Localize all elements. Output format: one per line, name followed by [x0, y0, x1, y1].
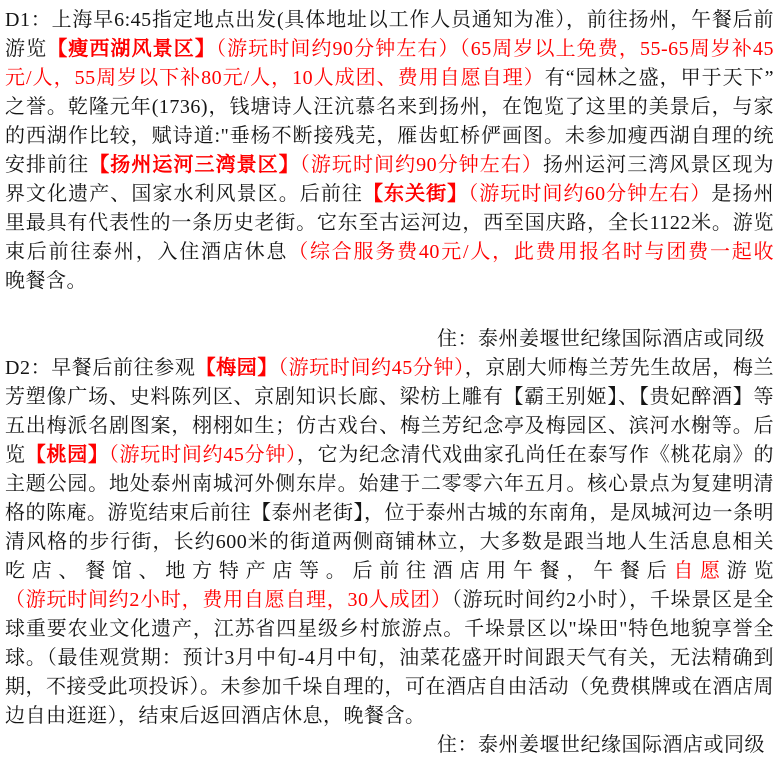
body-text: 主题公园。地处泰州南城河外侧东岸。始建于二零零六年五月。核心景点为复建明清风	[5, 473, 774, 499]
body-text: ，它为纪念清代戏曲家孔尚任在泰写作《桃花扇》的	[297, 444, 774, 466]
fee-note-text: （游玩时间约45分钟）	[278, 357, 465, 379]
body-text: 球重要农业文化遗产，江苏省四星级乡村旅游点。千垛景区以"垛田"特色地貌享誉全	[5, 618, 774, 640]
d2-line-5: 主题公园。地处泰州南城河外侧东岸。始建于二零零六年五月。核心景点为复建明清风	[5, 470, 774, 499]
d2-hotel-line: 住：泰州姜堰世纪缘国际酒店或同级	[5, 731, 774, 760]
d1-hotel-line: 住：泰州姜堰世纪缘国际酒店或同级	[5, 325, 774, 354]
attraction-title: 【东关街】	[363, 183, 468, 205]
body-text: 束后前往泰州，入住酒店休息	[5, 241, 288, 263]
body-text: 游览	[5, 38, 47, 60]
d1-line-3: 元/人，55周岁以下补80元/人，10人成团、费用自愿自理）有“园林之盛，甲于天…	[5, 64, 774, 93]
d2-line-12: 期，不接受此项投诉）。未参加千垛自理的，可在酒店自由活动（免费棋牌或在酒店周	[5, 673, 774, 702]
body-text: 边自由逛逛），结束后返回酒店休息，晚餐含。	[5, 705, 426, 727]
d1-line-5: 的西湖作比较，赋诗道:"垂杨不断接残芜，雁齿虹桥俨画图。未参加瘦西湖自理的统一	[5, 122, 774, 151]
body-text: 芳塑像广场、史料陈列区、京剧知识长廊、梁枋上雕有【霸王别姬】、【贵妃醉酒】等	[5, 386, 774, 408]
body-text: ，京剧大师梅兰芳先生故居，梅兰	[465, 357, 774, 379]
attraction-title: 【瘦西湖风景区】	[47, 38, 216, 60]
body-text: 球。（最佳观赏期：预计3月中旬-4月中旬，油菜花盛开时间跟天气有关，无法精确到日	[5, 647, 774, 673]
fee-note-text: （游玩时间约2小时，费用自愿自理，30人成团）	[5, 589, 452, 611]
fee-note-text: （游玩时间约90分钟左右）	[300, 154, 543, 176]
attraction-title: 【梅园】	[196, 357, 279, 379]
d2-line-4: 览【桃园】（游玩时间约45分钟），它为纪念清代戏曲家孔尚任在泰写作《桃花扇》的	[5, 441, 774, 470]
d2-line-6: 格的陈庵。游览结束后前往【泰州老街】，位于泰州古城的东南角，是凤城河边一条明	[5, 499, 774, 528]
blank-line	[5, 296, 774, 325]
body-text: 五出梅派名剧图案，栩栩如生；仿古戏台、梅兰芳纪念亭及梅园区、滨河水榭等。后游	[5, 415, 774, 441]
d2-line-3: 五出梅派名剧图案，栩栩如生；仿古戏台、梅兰芳纪念亭及梅园区、滨河水榭等。后游	[5, 412, 774, 441]
body-text: 住：泰州姜堰世纪缘国际酒店或同级	[437, 734, 765, 756]
d1-line-1: D1：上海早6:45指定地点出发(具体地址以工作人员通知为准），前往扬州，午餐后…	[5, 6, 774, 35]
d1-line-7: 界文化遗产、国家水利风景区。后前往【东关街】（游玩时间约60分钟左右）是扬州城	[5, 180, 774, 209]
d1-line-6: 安排前往【扬州运河三湾景区】（游玩时间约90分钟左右）扬州运河三湾风景区现为世	[5, 151, 774, 180]
d1-line-10: 晚餐含。	[5, 267, 774, 296]
body-text: 期，不接受此项投诉）。未参加千垛自理的，可在酒店自由活动（免费棋牌或在酒店周	[5, 676, 774, 698]
body-text: （游玩时间约2小时），千垛景区是全	[452, 589, 774, 611]
body-text: 住：泰州姜堰世纪缘国际酒店或同级	[437, 328, 765, 350]
attraction-title: 【扬州运河三湾景区】	[89, 154, 300, 176]
d2-line-1: D2：早餐后前往参观【梅园】（游玩时间约45分钟），京剧大师梅兰芳先生故居，梅兰	[5, 354, 774, 383]
d1-line-9: 束后前往泰州，入住酒店休息（综合服务费40元/人，此费用报名时与团费一起收取）。	[5, 238, 774, 267]
itinerary-body: D1：上海早6:45指定地点出发(具体地址以工作人员通知为准），前往扬州，午餐后…	[5, 6, 774, 760]
body-text: 安排前往	[5, 154, 89, 176]
d1-line-8: 里最具有代表性的一条历史老街。它东至古运河边，西至国庆路，全长1122米。游览结	[5, 209, 774, 238]
body-text: 里最具有代表性的一条历史老街。它东至古运河边，西至国庆路，全长1122米。游览结	[5, 212, 774, 238]
d2-line-7: 清风格的步行街，长约600米的街道两侧商铺林立，大多数是跟当地人生活息息相关的小	[5, 528, 774, 557]
d1-line-4: 之誉。乾隆元年(1736)，钱塘诗人汪沆慕名来到扬州，在饱览了这里的美景后，与家…	[5, 93, 774, 122]
body-text: 晚餐含。	[5, 270, 87, 292]
attraction-title: 【桃园】	[26, 444, 109, 466]
d2-line-10: 球重要农业文化遗产，江苏省四星级乡村旅游点。千垛景区以"垛田"特色地貌享誉全	[5, 615, 774, 644]
body-text: 览	[5, 444, 26, 466]
fee-note-text: 自愿	[673, 560, 726, 582]
body-text: 界文化遗产、国家水利风景区。后前往	[5, 183, 363, 205]
body-text: 之誉。乾隆元年(1736)，钱塘诗人汪沆慕名来到扬州，在饱览了这里的美景后，与家…	[5, 96, 774, 122]
fee-note-text: （游玩时间约90分钟左右）（65周岁以上免费，55-65周岁补45	[216, 38, 774, 60]
body-text: 有“园林之盛，甲于天下”	[545, 67, 774, 89]
d2-line-9: （游玩时间约2小时，费用自愿自理，30人成团）（游玩时间约2小时），千垛景区是全	[5, 586, 774, 615]
body-text: D2：早餐后前往参观	[5, 357, 196, 379]
body-text: 游览	[727, 560, 774, 582]
body-text: 清风格的步行街，长约600米的街道两侧商铺林立，大多数是跟当地人生活息息相关的小	[5, 531, 774, 557]
d2-line-13: 边自由逛逛），结束后返回酒店休息，晚餐含。	[5, 702, 774, 731]
fee-note-text: 元/人，55周岁以下补80元/人，10人成团、费用自愿自理）	[5, 67, 545, 89]
d1-line-2: 游览【瘦西湖风景区】（游玩时间约90分钟左右）（65周岁以上免费，55-65周岁…	[5, 35, 774, 64]
itinerary-document: D1：上海早6:45指定地点出发(具体地址以工作人员通知为准），前往扬州，午餐后…	[0, 0, 780, 761]
body-text: 吃店、餐馆、地方特产店等。后前往酒店用午餐，午餐后	[5, 560, 673, 582]
d2-line-2: 芳塑像广场、史料陈列区、京剧知识长廊、梁枋上雕有【霸王别姬】、【贵妃醉酒】等	[5, 383, 774, 412]
d2-line-11: 球。（最佳观赏期：预计3月中旬-4月中旬，油菜花盛开时间跟天气有关，无法精确到日	[5, 644, 774, 673]
d2-line-8: 吃店、餐馆、地方特产店等。后前往酒店用午餐，午餐后自愿游览【兴化千垛油菜花】	[5, 557, 774, 586]
body-text: 格的陈庵。游览结束后前往【泰州老街】，位于泰州古城的东南角，是凤城河边一条明	[5, 502, 774, 524]
body-text: 的西湖作比较，赋诗道:"垂杨不断接残芜，雁齿虹桥俨画图。未参加瘦西湖自理的统一	[5, 125, 774, 151]
fee-note-text: （游玩时间约45分钟）	[109, 444, 297, 466]
fee-note-text: （游玩时间约60分钟左右）	[468, 183, 711, 205]
body-text: D1：上海早6:45指定地点出发(具体地址以工作人员通知为准），前往扬州，午餐后…	[5, 9, 774, 35]
